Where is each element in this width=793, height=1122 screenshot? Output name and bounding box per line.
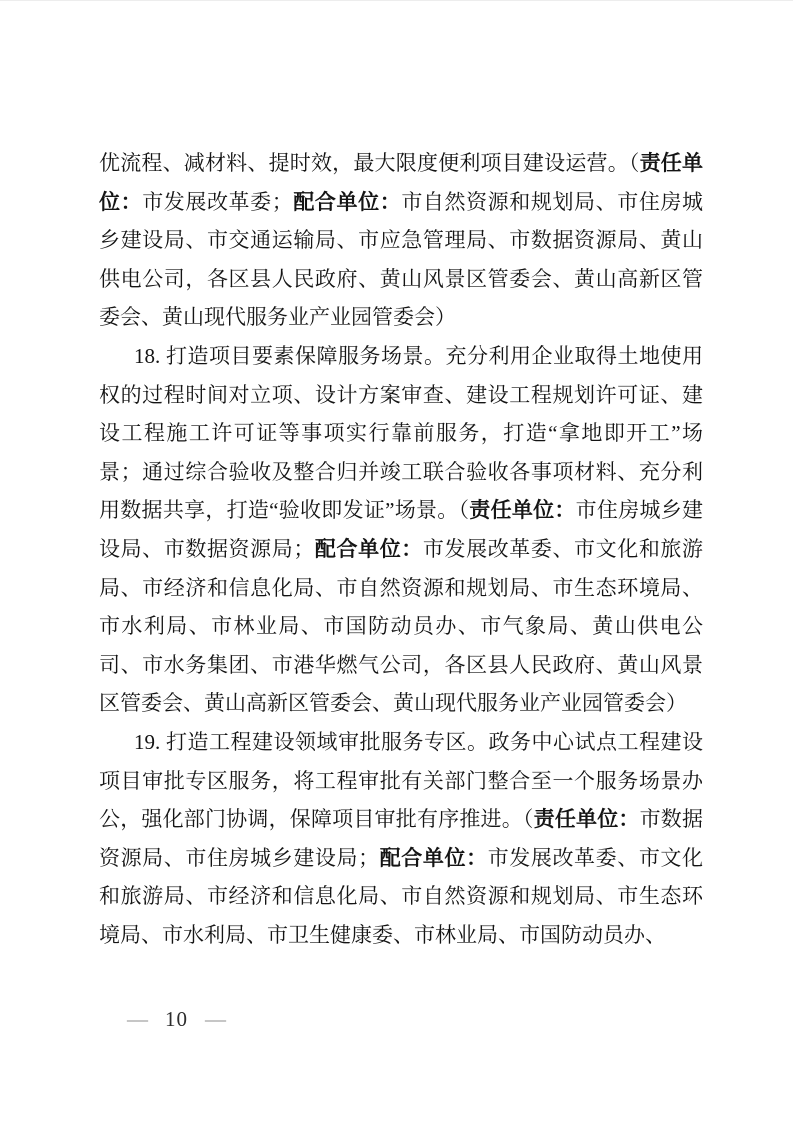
text-run: 18. 打造项目要素保障服务场景。充分利用企业取得土地使用权的过程时间对立项、设… <box>99 344 703 522</box>
text-run: 市发展改革委； <box>142 190 293 214</box>
bold-text-run: 责任单位： <box>534 807 640 831</box>
bold-text-run: 配合单位： <box>293 190 402 214</box>
footer-dash-right: — <box>205 1009 226 1030</box>
paragraph-19: 19. 打造工程建设领域审批服务专区。政务中心试点工程建设项目审批专区服务，将工… <box>99 723 703 955</box>
text-run: 优流程、减材料、提时效，最大限度便利项目建设运营。（ <box>99 151 640 175</box>
paragraph-18: 18. 打造项目要素保障服务场景。充分利用企业取得土地使用权的过程时间对立项、设… <box>99 337 703 723</box>
page-footer: — 10 — <box>127 1004 226 1034</box>
footer-dash-left: — <box>127 1009 148 1030</box>
bold-text-run: 配合单位： <box>314 537 423 561</box>
bold-text-run: 责任单位： <box>469 498 575 522</box>
document-page: 优流程、减材料、提时效，最大限度便利项目建设运营。（责任单位：市发展改革委；配合… <box>0 0 793 1122</box>
page-number: 10 <box>165 1009 188 1030</box>
bold-text-run: 配合单位： <box>379 846 488 870</box>
document-body: 优流程、减材料、提时效，最大限度便利项目建设运营。（责任单位：市发展改革委；配合… <box>99 144 703 954</box>
text-run: 市发展改革委、市文化和旅游局、市经济和信息化局、市自然资源和规划局、市生态环境局… <box>99 537 703 715</box>
paragraph-17-continuation: 优流程、减材料、提时效，最大限度便利项目建设运营。（责任单位：市发展改革委；配合… <box>99 144 703 337</box>
